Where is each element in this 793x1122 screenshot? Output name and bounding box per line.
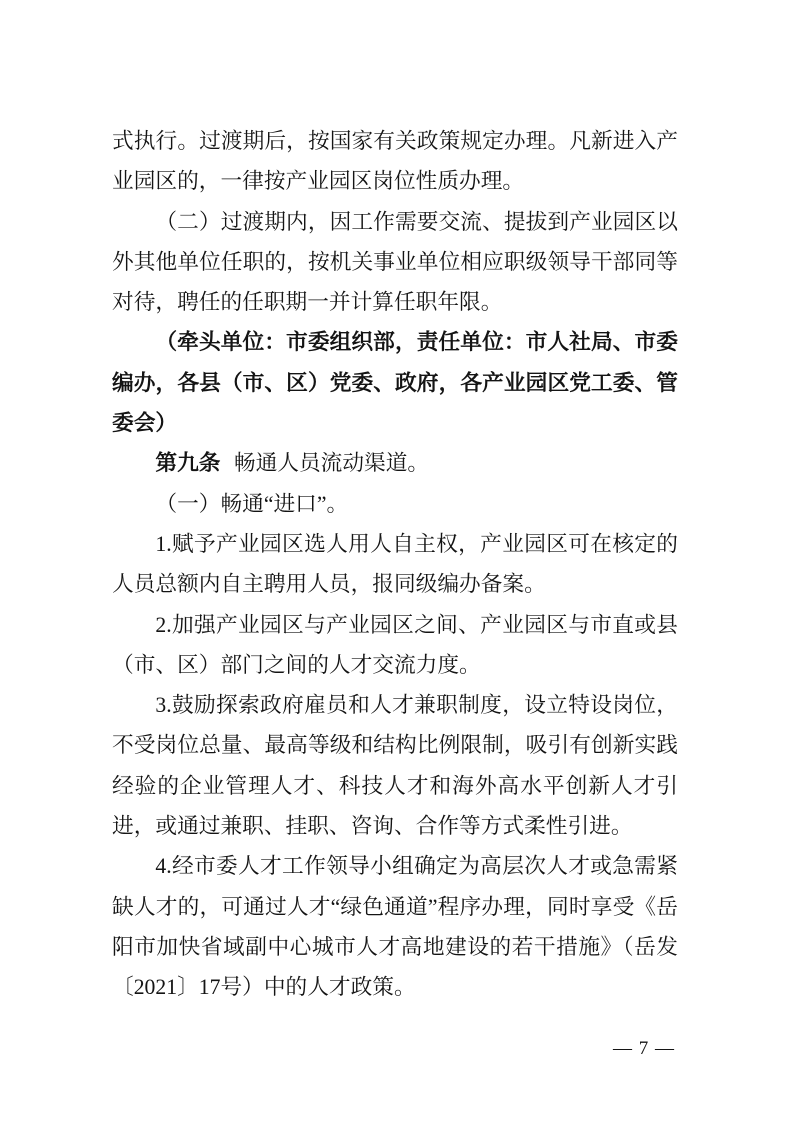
article-title: 畅通人员流动渠道。 bbox=[234, 451, 429, 475]
page-number: — 7 — bbox=[613, 1039, 675, 1058]
paragraph-point-2: 2.加强产业园区与产业园区之间、产业园区与市直或县（市、区）部门之间的人才交流力… bbox=[112, 605, 678, 686]
paragraph-point-4: 4.经市委人才工作领导小组确定为高层次人才或急需紧缺人才的，可通过人才“绿色通道… bbox=[112, 846, 678, 1007]
paragraph-point-1: 1.赋予产业园区选人用人自主权，产业园区可在核定的人员总额内自主聘用人员，报同级… bbox=[112, 524, 678, 605]
paragraph-article-nine: 第九条畅通人员流动渠道。 bbox=[112, 443, 678, 483]
paragraph-point-3: 3.鼓励探索政府雇员和人才兼职制度，设立特设岗位，不受岗位总量、最高等级和结构比… bbox=[112, 685, 678, 846]
paragraph-item-two: （二）过渡期内，因工作需要交流、提拔到产业园区以外其他单位任职的，按机关事业单位… bbox=[112, 202, 678, 323]
document-page: 式执行。过渡期后，按国家有关政策规定办理。凡新进入产业园区的，一律按产业园区岗位… bbox=[0, 0, 793, 1122]
article-number: 第九条 bbox=[155, 451, 220, 475]
paragraph-responsible-units: （牵头单位：市委组织部，责任单位：市人社局、市委编办，各县（市、区）党委、政府，… bbox=[112, 322, 678, 443]
paragraph-subitem-one: （一）畅通“进口”。 bbox=[112, 484, 678, 524]
document-body: 式执行。过渡期后，按国家有关政策规定办理。凡新进入产业园区的，一律按产业园区岗位… bbox=[112, 121, 678, 1008]
paragraph-continuation: 式执行。过渡期后，按国家有关政策规定办理。凡新进入产业园区的，一律按产业园区岗位… bbox=[112, 121, 678, 202]
